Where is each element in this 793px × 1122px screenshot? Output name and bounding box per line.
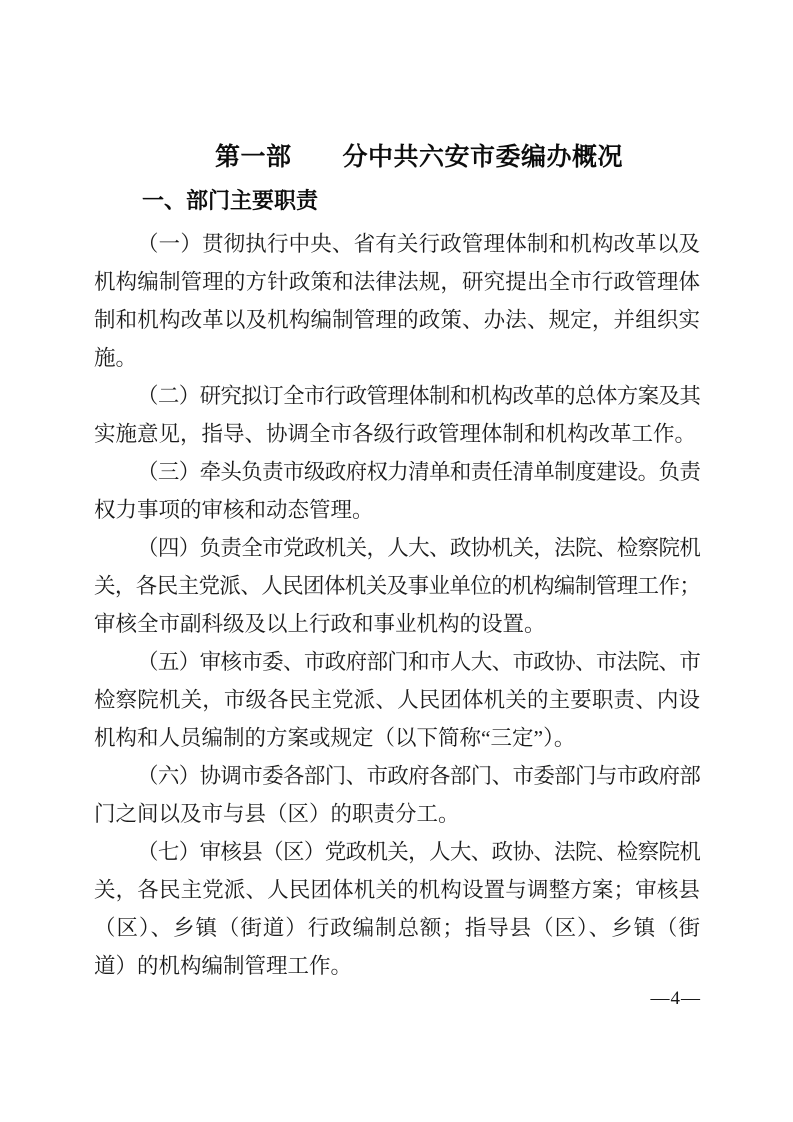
paragraph-line: 机构编制管理的方针政策和法律法规，研究提出全市行政管理体 xyxy=(94,263,700,301)
paragraph-line: （区）、乡镇（街道）行政编制总额；指导县（区）、乡镇（街 xyxy=(94,909,700,947)
paragraph-line: 实施意见，指导、协调全市各级行政管理体制和机构改革工作。 xyxy=(94,415,700,453)
paragraph: （七）审核县（区）党政机关，人大、政协、法院、检察院机关，各民主党派、人民团体机… xyxy=(94,833,700,985)
paragraph-line: （六）协调市委各部门、市政府各部门、市委部门与市政府部 xyxy=(94,757,700,795)
document-title: 第一部 分中共六安市委编办概况 xyxy=(116,138,722,178)
paragraph: （六）协调市委各部门、市政府各部门、市委部门与市政府部门之间以及市与县（区）的职… xyxy=(94,757,700,833)
paragraph-line: （三）牵头负责市级政府权力清单和责任清单制度建设。负责 xyxy=(94,453,700,491)
paragraph-line: 权力事项的审核和动态管理。 xyxy=(94,491,700,529)
paragraph-line: 机构和人员编制的方案或规定（以下简称“三定”）。 xyxy=(94,719,700,757)
paragraph: （一）贯彻执行中央、省有关行政管理体制和机构改革以及机构编制管理的方针政策和法律… xyxy=(94,225,700,377)
paragraph-line: （四）负责全市党政机关，人大、政协机关，法院、检察院机 xyxy=(94,529,700,567)
paragraph-line: 制和机构改革以及机构编制管理的政策、办法、规定，并组织实 xyxy=(94,301,700,339)
paragraph-line: （二）研究拟订全市行政管理体制和机构改革的总体方案及其 xyxy=(94,377,700,415)
paragraph-line: （七）审核县（区）党政机关，人大、政协、法院、检察院机 xyxy=(94,833,700,871)
page-number: —4— xyxy=(651,988,702,1010)
paragraph-line: （一）贯彻执行中央、省有关行政管理体制和机构改革以及 xyxy=(94,225,700,263)
paragraph-line: 关，各民主党派、人民团体机关的机构设置与调整方案；审核县 xyxy=(94,871,700,909)
document-body: （一）贯彻执行中央、省有关行政管理体制和机构改革以及机构编制管理的方针政策和法律… xyxy=(94,225,700,985)
paragraph: （五）审核市委、市政府部门和市人大、市政协、市法院、市检察院机关，市级各民主党派… xyxy=(94,643,700,757)
paragraph-line: 门之间以及市与县（区）的职责分工。 xyxy=(94,795,700,833)
paragraph-line: 审核全市副科级及以上行政和事业机构的设置。 xyxy=(94,605,700,643)
paragraph: （四）负责全市党政机关，人大、政协机关，法院、检察院机关，各民主党派、人民团体机… xyxy=(94,529,700,643)
paragraph-line: 道）的机构编制管理工作。 xyxy=(94,947,700,985)
section-heading: 一、部门主要职责 xyxy=(142,186,700,216)
paragraph: （三）牵头负责市级政府权力清单和责任清单制度建设。负责权力事项的审核和动态管理。 xyxy=(94,453,700,529)
document-content: 第一部 分中共六安市委编办概况 一、部门主要职责 （一）贯彻执行中央、省有关行政… xyxy=(94,0,700,985)
paragraph-line: （五）审核市委、市政府部门和市人大、市政协、市法院、市 xyxy=(94,643,700,681)
paragraph-line: 施。 xyxy=(94,339,700,377)
paragraph-line: 关，各民主党派、人民团体机关及事业单位的机构编制管理工作； xyxy=(94,567,700,605)
document-page: 第一部 分中共六安市委编办概况 一、部门主要职责 （一）贯彻执行中央、省有关行政… xyxy=(0,0,793,1122)
paragraph: （二）研究拟订全市行政管理体制和机构改革的总体方案及其实施意见，指导、协调全市各… xyxy=(94,377,700,453)
paragraph-line: 检察院机关，市级各民主党派、人民团体机关的主要职责、内设 xyxy=(94,681,700,719)
